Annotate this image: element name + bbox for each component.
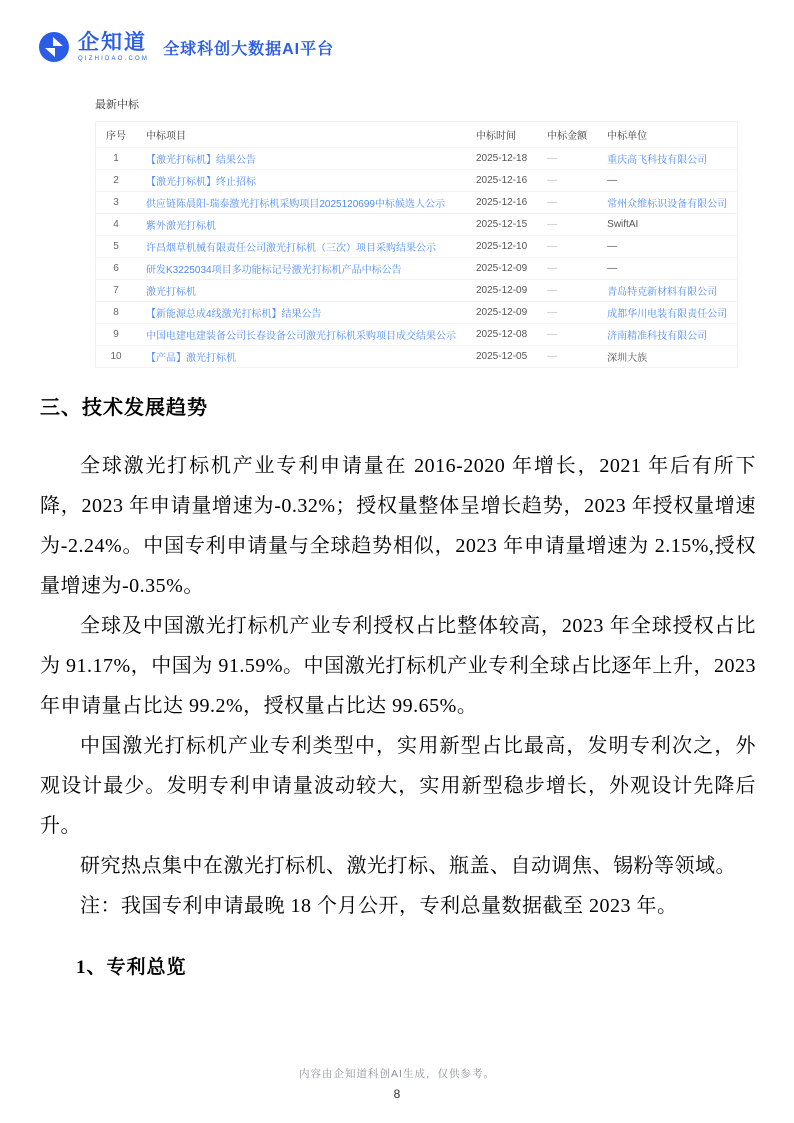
bid-date: 2025-12-18 bbox=[466, 148, 537, 170]
bid-project-link[interactable]: 【激光打标机】结果公告 bbox=[136, 148, 466, 170]
bid-row-index: 9 bbox=[96, 324, 137, 346]
bid-row-index: 7 bbox=[96, 280, 137, 302]
bid-winner-link[interactable]: 重庆高飞科技有限公司 bbox=[597, 148, 738, 170]
bid-winner-link[interactable]: 成都华川电装有限责任公司 bbox=[597, 302, 738, 324]
bid-row-index: 10 bbox=[96, 346, 137, 368]
bid-amount: — bbox=[537, 170, 597, 192]
bid-row-index: 4 bbox=[96, 214, 137, 236]
bid-amount: — bbox=[537, 192, 597, 214]
brand-tagline: 全球科创大数据AI平台 bbox=[163, 36, 334, 59]
bid-date: 2025-12-15 bbox=[466, 214, 537, 236]
bid-winner: SwiftAI bbox=[597, 214, 738, 236]
bid-project-link[interactable]: 【激光打标机】终止招标 bbox=[136, 170, 466, 192]
bid-row-index: 3 bbox=[96, 192, 137, 214]
table-row: 7激光打标机2025-12-09—青岛特克新材料有限公司 bbox=[96, 280, 738, 302]
bid-row-index: 5 bbox=[96, 236, 137, 258]
ai-disclaimer: 内容由企知道科创AI生成，仅供参考。 bbox=[0, 1066, 794, 1081]
bid-amount: — bbox=[537, 214, 597, 236]
bid-table-body: 1【激光打标机】结果公告2025-12-18—重庆高飞科技有限公司2【激光打标机… bbox=[96, 148, 738, 368]
bid-date: 2025-12-08 bbox=[466, 324, 537, 346]
bid-amount: — bbox=[537, 302, 597, 324]
bid-date: 2025-12-16 bbox=[466, 170, 537, 192]
table-row: 8【新能源总成4线激光打标机】结果公告2025-12-09—成都华川电装有限责任… bbox=[96, 302, 738, 324]
subsection-heading: 1、专利总览 bbox=[76, 952, 756, 979]
bid-project-link[interactable]: 激光打标机 bbox=[136, 280, 466, 302]
table-row: 3供应链陈晨阳-瑞泰激光打标机采购项目2025120699中标候选人公示2025… bbox=[96, 192, 738, 214]
section-heading: 三、技术发展趋势 bbox=[40, 391, 756, 420]
page-footer: 内容由企知道科创AI生成，仅供参考。 8 bbox=[0, 1066, 794, 1101]
latest-bids-table: 序号 中标项目 中标时间 中标金额 中标单位 1【激光打标机】结果公告2025-… bbox=[95, 121, 738, 368]
bid-winner-link[interactable]: 常州众维标识设备有限公司 bbox=[597, 192, 738, 214]
bid-row-index: 1 bbox=[96, 148, 137, 170]
bid-date: 2025-12-09 bbox=[466, 258, 537, 280]
bid-amount: — bbox=[537, 324, 597, 346]
qizhidao-logo-icon bbox=[38, 31, 70, 63]
bid-winner: — bbox=[597, 170, 738, 192]
bid-winner: — bbox=[597, 258, 738, 280]
bid-date: 2025-12-09 bbox=[466, 302, 537, 324]
col-header-amount: 中标金额 bbox=[537, 122, 597, 148]
brand-text: 企知道 QIZHIDAO.COM bbox=[78, 32, 149, 62]
paragraph-note: 注：我国专利申请最晚 18 个月公开，专利总量数据截至 2023 年。 bbox=[40, 886, 756, 926]
bid-winner-link[interactable]: 济南精准科技有限公司 bbox=[597, 324, 738, 346]
bid-row-index: 2 bbox=[96, 170, 137, 192]
bid-row-index: 6 bbox=[96, 258, 137, 280]
bid-project-link[interactable]: 许昌烟草机械有限责任公司激光打标机（三次）项目采购结果公示 bbox=[136, 236, 466, 258]
bid-winner: 深圳大族 bbox=[597, 346, 738, 368]
bid-project-link[interactable]: 供应链陈晨阳-瑞泰激光打标机采购项目2025120699中标候选人公示 bbox=[136, 192, 466, 214]
paragraph-research-hotspots: 研究热点集中在激光打标机、激光打标、瓶盖、自动调焦、锡粉等领域。 bbox=[40, 846, 756, 886]
bid-project-link[interactable]: 【新能源总成4线激光打标机】结果公告 bbox=[136, 302, 466, 324]
col-header-winner: 中标单位 bbox=[597, 122, 738, 148]
table-row: 1【激光打标机】结果公告2025-12-18—重庆高飞科技有限公司 bbox=[96, 148, 738, 170]
col-header-project: 中标项目 bbox=[136, 122, 466, 148]
col-header-index: 序号 bbox=[96, 122, 137, 148]
table-header-row: 序号 中标项目 中标时间 中标金额 中标单位 bbox=[96, 122, 738, 148]
latest-bids-section: 最新中标 序号 中标项目 中标时间 中标金额 中标单位 1【激光打标机】结果公告… bbox=[95, 96, 705, 368]
table-row: 4紫外激光打标机2025-12-15—SwiftAI bbox=[96, 214, 738, 236]
table-row: 5许昌烟草机械有限责任公司激光打标机（三次）项目采购结果公示2025-12-10… bbox=[96, 236, 738, 258]
table-row: 6研发K3225034项目多功能标记号激光打标机产品中标公告2025-12-09… bbox=[96, 258, 738, 280]
bid-date: 2025-12-16 bbox=[466, 192, 537, 214]
table-row: 2【激光打标机】终止招标2025-12-16—— bbox=[96, 170, 738, 192]
paragraph-patent-types: 中国激光打标机产业专利类型中，实用新型占比最高，发明专利次之，外观设计最少。发明… bbox=[40, 726, 756, 846]
bid-project-link[interactable]: 【产品】激光打标机 bbox=[136, 346, 466, 368]
bid-project-link[interactable]: 中国电建电建装备公司长春设备公司激光打标机采购项目成交结果公示 bbox=[136, 324, 466, 346]
brand-name: 企知道 bbox=[78, 32, 147, 54]
latest-bids-title: 最新中标 bbox=[95, 96, 705, 112]
bid-winner-link[interactable]: 青岛特克新材料有限公司 bbox=[597, 280, 738, 302]
paragraph-grant-ratio: 全球及中国激光打标机产业专利授权占比整体较高，2023 年全球授权占比为 91.… bbox=[40, 606, 756, 726]
brand-domain: QIZHIDAO.COM bbox=[78, 56, 149, 62]
report-page: 企知道 QIZHIDAO.COM 全球科创大数据AI平台 最新中标 序号 中标项… bbox=[0, 0, 794, 1123]
bid-row-index: 8 bbox=[96, 302, 137, 324]
bid-amount: — bbox=[537, 258, 597, 280]
bid-amount: — bbox=[537, 236, 597, 258]
bid-project-link[interactable]: 研发K3225034项目多功能标记号激光打标机产品中标公告 bbox=[136, 258, 466, 280]
bid-winner: — bbox=[597, 236, 738, 258]
table-row: 10【产品】激光打标机2025-12-05—深圳大族 bbox=[96, 346, 738, 368]
bid-date: 2025-12-05 bbox=[466, 346, 537, 368]
brand-header: 企知道 QIZHIDAO.COM 全球科创大数据AI平台 bbox=[38, 31, 334, 63]
bid-amount: — bbox=[537, 346, 597, 368]
bid-project-link[interactable]: 紫外激光打标机 bbox=[136, 214, 466, 236]
col-header-date: 中标时间 bbox=[466, 122, 537, 148]
bid-amount: — bbox=[537, 148, 597, 170]
article-body: 三、技术发展趋势 全球激光打标机产业专利申请量在 2016-2020 年增长，2… bbox=[40, 391, 756, 979]
bid-amount: — bbox=[537, 280, 597, 302]
table-row: 9中国电建电建装备公司长春设备公司激光打标机采购项目成交结果公示2025-12-… bbox=[96, 324, 738, 346]
paragraph-patent-growth: 全球激光打标机产业专利申请量在 2016-2020 年增长，2021 年后有所下… bbox=[40, 446, 756, 606]
bid-date: 2025-12-09 bbox=[466, 280, 537, 302]
bid-date: 2025-12-10 bbox=[466, 236, 537, 258]
page-number: 8 bbox=[0, 1087, 794, 1101]
